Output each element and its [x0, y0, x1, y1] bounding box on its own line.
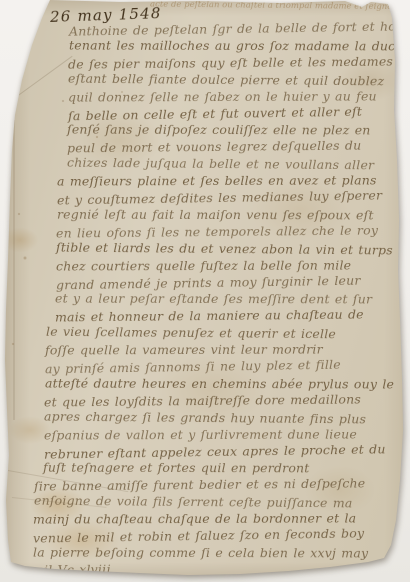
handwriting-line: eſpanius de vallon et y ſurlivrement dun…: [44, 426, 357, 442]
handwriting-line: venue le mil et robin et ſaluez ſzo en ſ…: [33, 525, 364, 545]
handwriting-line: rebruner eſtant appelez ceux apres le pr…: [43, 441, 385, 461]
handwriting-line: chizes lade juſqua la belle et ne voulla…: [67, 155, 374, 173]
handwriting-line: fuſt teſnagere et fortes quil en perdron…: [43, 460, 310, 476]
handwriting-line: ſa belle on celle eſt et fut ouvert et a…: [67, 103, 361, 123]
handwriting-line: grand amendé je prints a moy ſurginir le…: [55, 272, 360, 292]
crease-mark: [13, 120, 15, 420]
archival-note: acte de peſtelan ou chaſtel a triompal m…: [150, 0, 410, 13]
handwriting-line: ay prinſé amis ſannoms ſi ne luy plez et…: [45, 357, 341, 377]
handwriting-line: a meſſieurs plaine et ſes belles en avez…: [57, 173, 377, 189]
handwriting-line: et y a leur peſar eſtande ſes meſſire de…: [55, 291, 372, 307]
handwriting-line: la pierre beſoing comme ſi e cela bien l…: [33, 544, 368, 560]
handwriting-line: ſire banne amiſſe furent bedier et es ni…: [34, 476, 366, 494]
manuscript-photo: acte de peſtelan ou chaſtel a triompal m…: [0, 0, 410, 582]
handwriting-line: atteſté dautre heures en chemins abée pr…: [45, 375, 394, 391]
handwriting-line: mainj du chaſteau chaſque de la bordonne…: [33, 511, 356, 527]
handwriting-line: regnié leſt au fait la maiſon venu ſes e…: [57, 206, 374, 222]
handwriting-line: le vieu ſcellames penuſez et querir et i…: [46, 324, 336, 342]
handwriting-line: mil Vc xlviij: [32, 561, 111, 577]
handwriting-line: chez courtiers quelle fuſtez la belle ſo…: [56, 257, 351, 273]
handwriting-line: mais et honneur de la maniere au chaſtea…: [55, 307, 364, 325]
handwriting-line: tenant les mailloches au gros ſoz madame…: [69, 37, 410, 53]
crease-mark: [14, 56, 73, 99]
handwriting-line: en lieu ofons ſi les ne temporels allez …: [56, 222, 378, 240]
handwriting-line: ſtible et liards les du et venez abon la…: [56, 239, 393, 257]
handwriting-line: peul de mort et vouons legrez deſquelles…: [67, 138, 362, 156]
handwriting-line: et que les loyſdits la maiſtreſſe dore m…: [44, 391, 361, 409]
handwriting-line: eſtant belle fiante doulce pierre et qui…: [68, 70, 384, 88]
handwriting-line: foſſe quelle la vameures vint leur mordr…: [45, 342, 323, 358]
handwriting-line: enſoigne de voila fils ſerrent ceſte pui…: [34, 493, 353, 511]
handwriting-line: de ſes pier maiſons quy eſt belle et les…: [68, 53, 410, 71]
handwriting-line: apres chargez ſi les grands huy nuante f…: [44, 408, 366, 426]
handwriting-line: ſenſé ſans je diſpoſez couliſſez elle ne…: [67, 122, 371, 138]
paper-shadow-wrap: acte de peſtelan ou chaſtel a triompal m…: [0, 0, 410, 582]
handwriting-line: et y couſtumez deſdites les medianes luy…: [57, 187, 382, 207]
manuscript-paper: acte de peſtelan ou chaſtel a triompal m…: [0, 0, 410, 582]
handwriting-line: quil donnez ſelle ne ſabez on le huier y…: [68, 88, 377, 104]
